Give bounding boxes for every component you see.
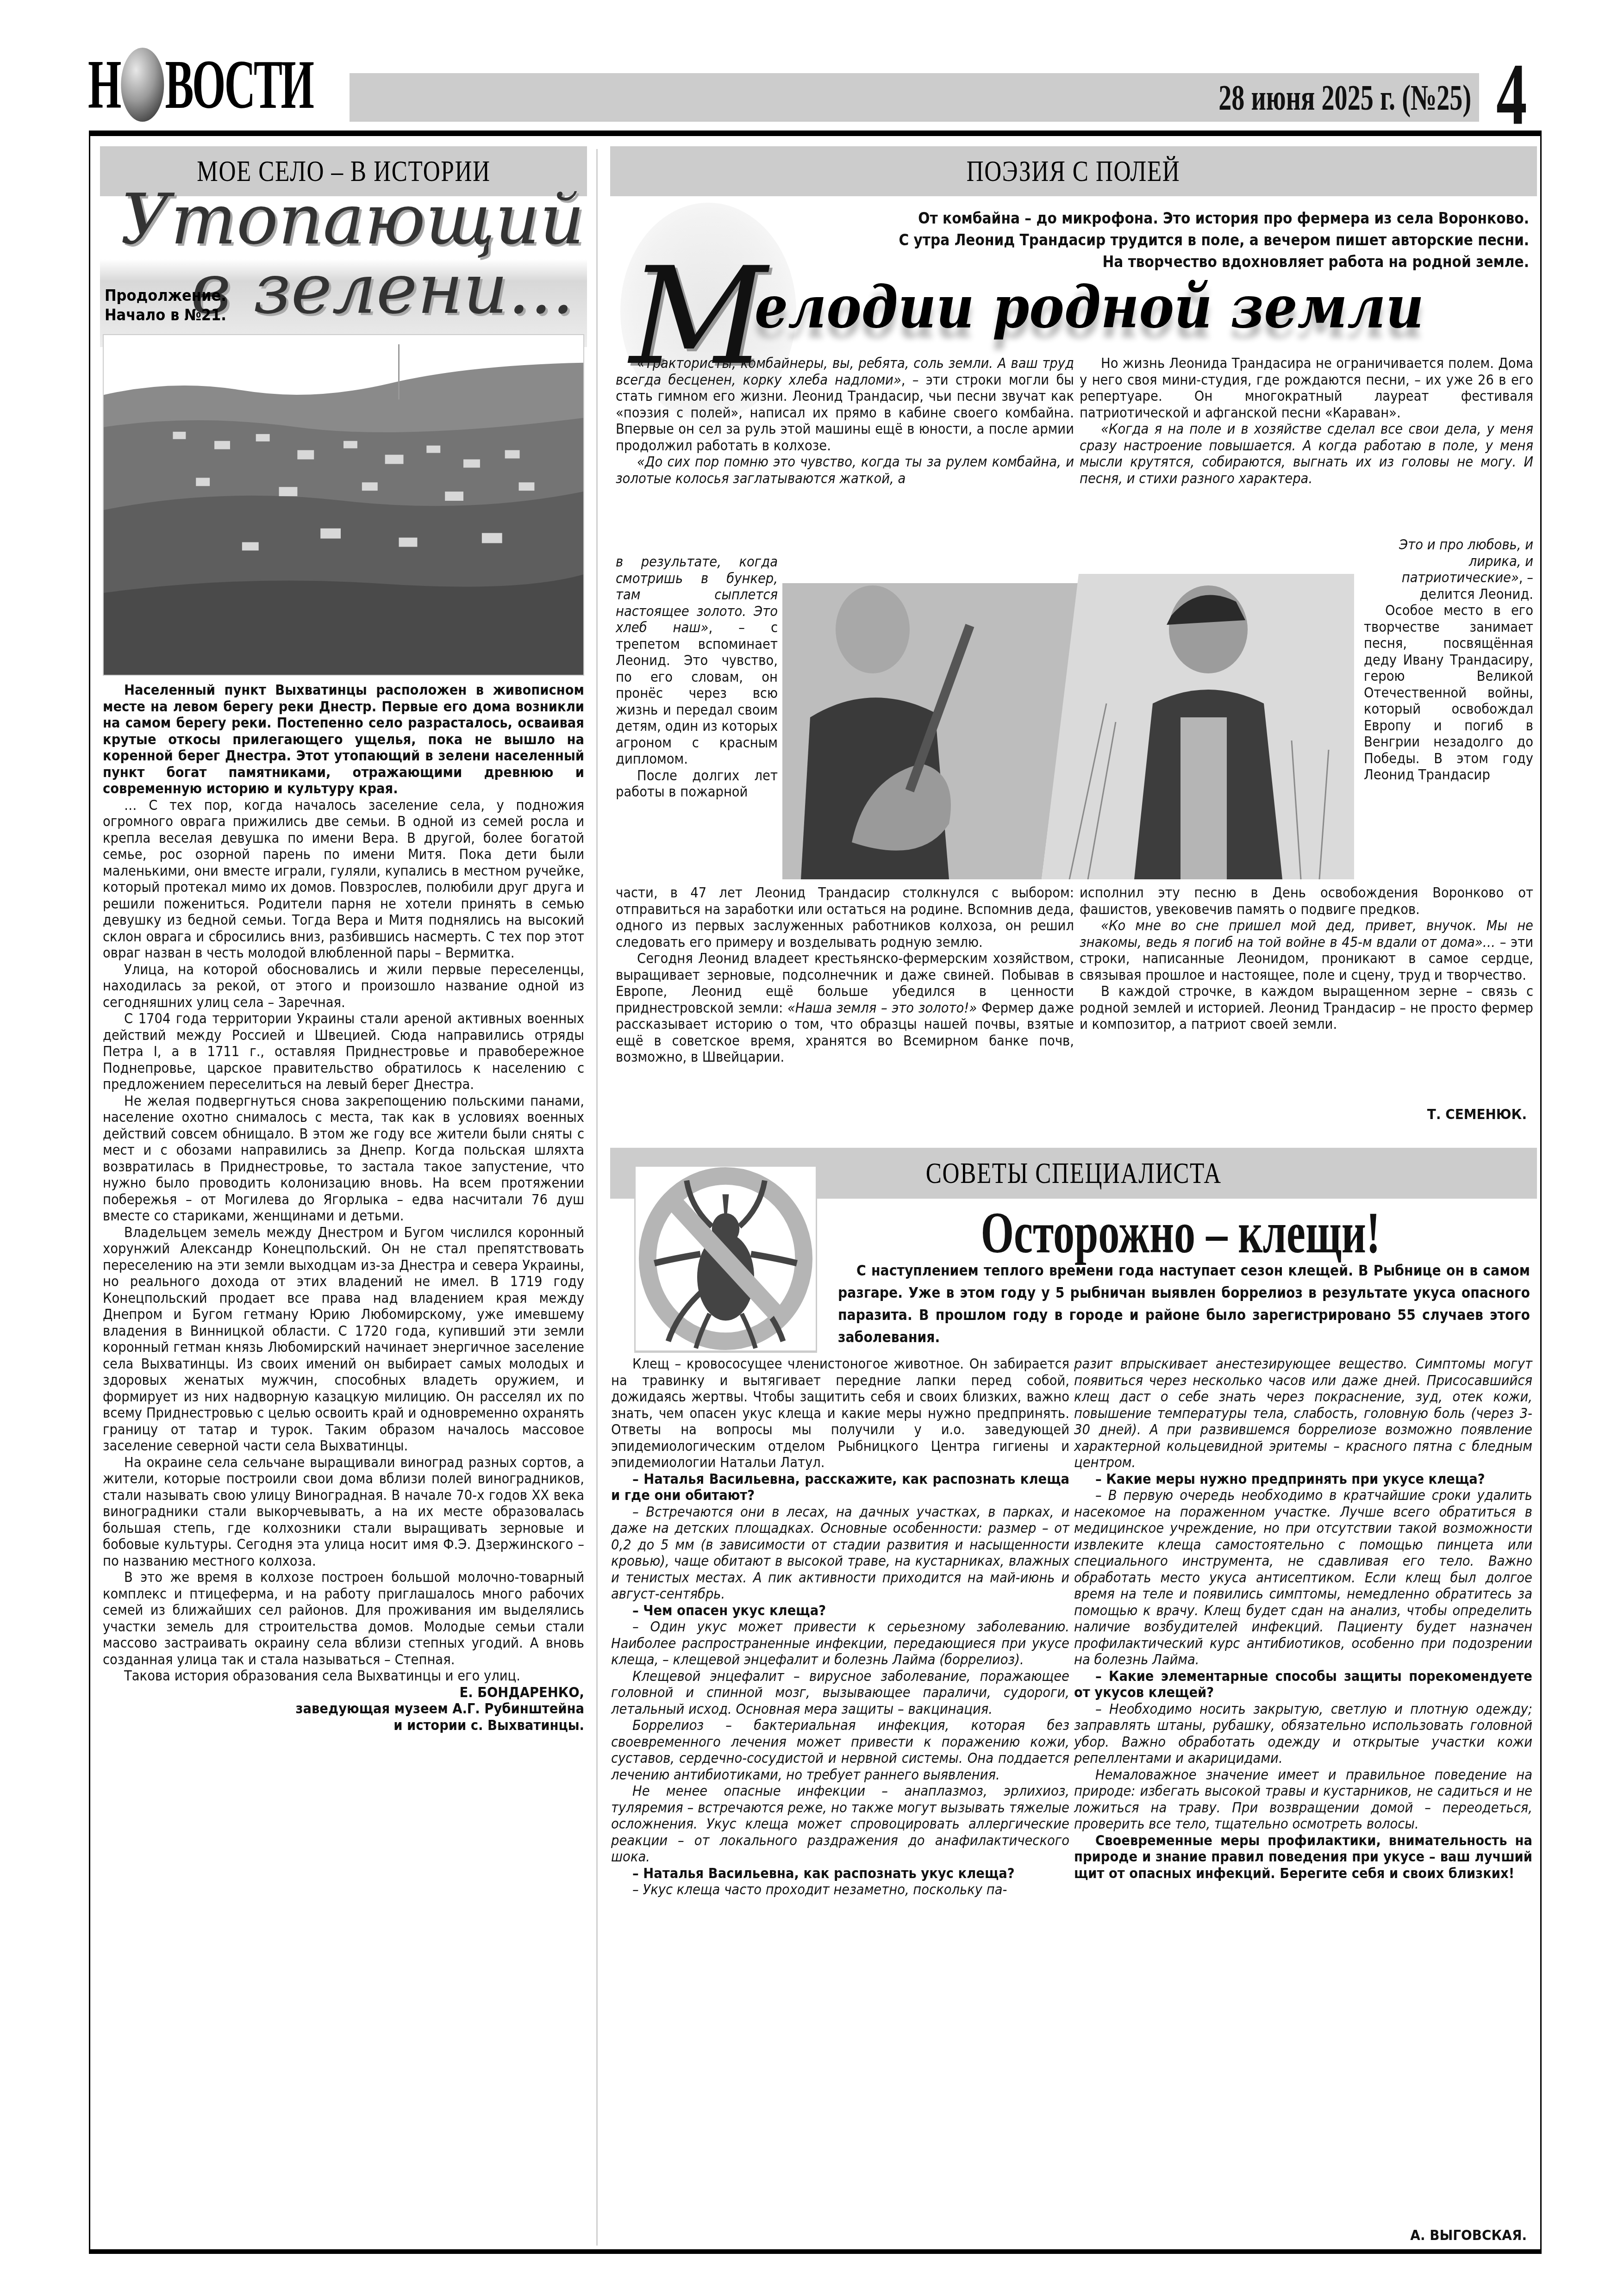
paragraph: Особое место в его творчестве занимает п…: [1364, 603, 1533, 784]
author-signature: А. ВЫГОВСКАЯ.: [1410, 2227, 1527, 2244]
poetry-column-2-bottom: исполнил эту песню в День освобождения В…: [1080, 885, 1533, 1033]
title-text: елодии родной земли: [755, 278, 1424, 336]
tick-prohibition-graphic: [636, 1167, 816, 1350]
text: , – с трепетом вспоминает Леонид. Это чу…: [616, 620, 778, 767]
article-title-ticks: Осторожно – клещи!: [931, 1202, 1430, 1263]
page-number: 4: [1496, 51, 1527, 139]
author-title-2: и истории с. Выхватинцы.: [103, 1717, 584, 1734]
paragraph: Не желая подвергнуться снова закрепощени…: [103, 1093, 584, 1225]
paragraph: На окраине села сельчане выращивали вино…: [103, 1455, 584, 1570]
interview-answer: – Необходимо носить закрытую, светлую и …: [1074, 1701, 1532, 1767]
column-divider: [596, 149, 598, 2246]
conclusion: Своевременные меры профилактики, внимате…: [1074, 1833, 1532, 1882]
poetry-column-2: Но жизнь Леонида Трандасира не ограничив…: [1080, 355, 1533, 487]
logo-letters: ВОСТИ: [165, 45, 312, 124]
paragraph: Владельцем земель между Днестром и Бугом…: [103, 1225, 584, 1455]
paragraph: Улица, на которой обосновались и жили пе…: [103, 962, 584, 1011]
interview-answer: Не менее опасные инфекции – анаплазмоз, …: [611, 1783, 1069, 1866]
interview-answer: – Встречаются они в лесах, на дачных уча…: [611, 1504, 1069, 1603]
farmer-photo: [782, 565, 1354, 879]
article-title-melodies: М елодии родной земли: [616, 268, 1537, 361]
interview-answer: Клещевой энцефалит – вирусное заболевани…: [611, 1668, 1069, 1718]
continuation-note: Продолжение. Начало в №21.: [105, 286, 226, 325]
section-title: ПОЭЗИЯ С ПОЛЕЙ: [967, 154, 1181, 188]
left-article-body: Населенный пункт Выхватинцы расположен в…: [103, 682, 584, 1734]
interview-answer: – В первую очередь необходимо в кратчайш…: [1074, 1487, 1532, 1668]
interview-question: – Чем опасен укус клеща?: [611, 1603, 1069, 1619]
poetry-column-1-bottom: части, в 47 лет Леонид Трандасир столкну…: [616, 885, 1074, 1066]
section-title: СОВЕТЫ СПЕЦИАЛИСТА: [926, 1156, 1222, 1190]
ticks-column-1: Клещ – кровососущее членистоногое животн…: [611, 1356, 1069, 1898]
interview-question: – Наталья Васильевна, расскажите, как ра…: [611, 1471, 1069, 1504]
interview-answer: Немаловажное значение имеет и правильное…: [1074, 1767, 1532, 1833]
paragraph: В это же время в колхозе построен большо…: [103, 1569, 584, 1668]
no-ticks-icon: [634, 1165, 817, 1353]
paragraph: Такова история образования села Выхватин…: [103, 1668, 584, 1685]
title-line-1: Утопающий: [120, 185, 583, 255]
paragraph: Клещ – кровососущее членистоногое животн…: [611, 1356, 1069, 1471]
author-title: заведующая музеем А.Г. Рубинштейна: [103, 1701, 584, 1717]
quote: «Ко мне во сне пришел мой дед, привет, в…: [1080, 918, 1533, 951]
paragraph: Но жизнь Леонида Трандасира не ограничив…: [1080, 355, 1533, 421]
interview-question: – Какие меры нужно предпринять при укусе…: [1074, 1471, 1532, 1488]
deck-line: От комбайна – до микрофона. Это история …: [881, 207, 1529, 229]
section-header-poetry: ПОЭЗИЯ С ПОЛЕЙ: [610, 146, 1537, 196]
poetry-column-1: «Трактористы, комбайнеры, вы, ребята, со…: [616, 355, 1074, 487]
lead-text: С наступлением теплого времени года наст…: [838, 1263, 1530, 1346]
interview-answer: – Укус клеща часто проходит незаметно, п…: [611, 1882, 1069, 1898]
farmer-photo-graphic: [782, 565, 1354, 879]
paragraph: С 1704 года территории Украины стали аре…: [103, 1011, 584, 1093]
village-photo-graphic: [104, 335, 583, 675]
article-deck: От комбайна – до микрофона. Это история …: [881, 207, 1529, 273]
ticks-column-2: разит впрыскивает анестезирующее веществ…: [1074, 1356, 1532, 1882]
article-lead: С наступлением теплого времени года наст…: [838, 1260, 1530, 1349]
paragraph: В каждой строчке, в каждом выращенном зе…: [1080, 983, 1533, 1033]
interview-answer: разит впрыскивает анестезирующее веществ…: [1074, 1356, 1532, 1471]
deck-line: С утра Леонид Трандасир трудится в поле,…: [881, 229, 1529, 251]
paragraph: … С тех пор, когда началось заселение се…: [103, 797, 584, 962]
author-signature: Т. СЕМЕНЮК.: [1427, 1106, 1527, 1123]
issue-date: 28 июня 2025 г. (№25): [1218, 73, 1471, 122]
paragraph: исполнил эту песню в День освобождения В…: [1080, 885, 1533, 918]
village-panorama-photo: [103, 334, 584, 676]
poetry-wrap-left: в результате, когда смотришь в бункер, т…: [616, 554, 778, 801]
author-name: Е. БОНДАРЕНКО,: [103, 1685, 584, 1701]
quote: «Наша земля – это золото!»: [787, 1000, 977, 1016]
newspaper-logo: НВОСТИ: [88, 44, 312, 125]
quote: «До сих пор помню это чувство, когда ты …: [616, 454, 1074, 487]
globe-icon: [121, 48, 164, 122]
interview-answer: – Один укус может привести к серьезному …: [611, 1619, 1069, 1668]
paragraph: части, в 47 лет Леонид Трандасир столкну…: [616, 885, 1074, 951]
article-lead: Населенный пункт Выхватинцы расположен в…: [103, 682, 584, 797]
logo-letter-n: Н: [88, 45, 120, 124]
interview-question: – Наталья Васильевна, как распознать уку…: [611, 1866, 1069, 1882]
quote: «Когда я на поле и в хозяйстве сделал вс…: [1080, 421, 1533, 487]
quote: Это и про любовь, и лирика, и патриотиче…: [1399, 537, 1533, 586]
poetry-wrap-right: Это и про любовь, и лирика, и патриотиче…: [1364, 537, 1533, 784]
interview-answer: Боррелиоз – бактериальная инфекция, кото…: [611, 1717, 1069, 1783]
continuation-line-1: Продолжение.: [105, 286, 226, 305]
paragraph: После долгих лет работы в пожарной: [616, 768, 778, 801]
continuation-line-2: Начало в №21.: [105, 305, 226, 325]
bottom-rule: [89, 2249, 1542, 2254]
interview-question: – Какие элементарные способы защиты поре…: [1074, 1668, 1532, 1701]
